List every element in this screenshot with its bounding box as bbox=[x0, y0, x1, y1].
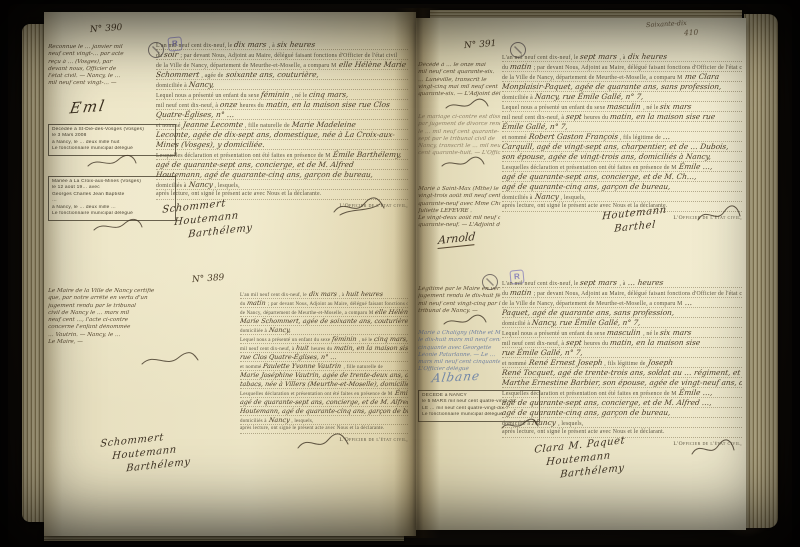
marginal-note-line: par jugement de divorce rendu bbox=[418, 121, 501, 128]
marginal-note-line: Juliette LEFEVRE . bbox=[418, 208, 501, 215]
signatures-391: HoutemannBarthel bbox=[602, 208, 667, 232]
handwritten-entry-text: six mars bbox=[660, 328, 693, 337]
act-line: agé de quarante-sept ans, concierge, et … bbox=[502, 172, 742, 182]
act-line: Lesquelles déclaration et présentation o… bbox=[502, 162, 742, 172]
marginal-note-line: jugement rendu le dix-huit février bbox=[418, 293, 501, 300]
printed-form-text: de Nancy, département de Meurthe-et-Mose… bbox=[240, 310, 373, 317]
printed-form-text: ; par devant Nous, Adjoint au Maire, dél… bbox=[268, 301, 408, 308]
handwritten-entry-text: … bbox=[662, 132, 671, 141]
signatures-389: SchommertHoutemannBarthélemy bbox=[100, 434, 191, 471]
handwritten-entry-text: … heures bbox=[627, 278, 664, 287]
act-line: agé de quarante-cinq ans, garçon de bure… bbox=[502, 182, 742, 192]
printed-form-text: , fils légitime de bbox=[620, 134, 661, 142]
paraph-flourish-icon bbox=[86, 154, 138, 170]
signature: Barthel bbox=[614, 218, 667, 235]
act-line: et nommé René Ernest Joseph , fils légit… bbox=[502, 358, 742, 368]
act-line: Carquill, agé de vingt-sept ans, charpen… bbox=[502, 142, 742, 152]
handwritten-entry-text: Nancy, bbox=[268, 326, 291, 334]
marginal-note-line: Le Maire, — bbox=[48, 339, 233, 346]
printed-form-text: ; par devant Nous, Adjoint au Maire, dél… bbox=[180, 52, 397, 60]
handwritten-entry-text: six heures bbox=[276, 40, 316, 49]
handwritten-entry-text: féminin bbox=[332, 335, 358, 343]
marginal-divorce-mention: Le mariage ci-contre est dissouspar juge… bbox=[418, 114, 500, 158]
marginal-note-line: cinquante avec Georgette bbox=[418, 345, 501, 352]
marginal-mention-signature: Eml bbox=[68, 97, 107, 118]
printed-form-text: de la Ville de Nancy, département de Meu… bbox=[502, 74, 683, 82]
marginal-mention-signature: Arnold bbox=[438, 230, 476, 249]
printed-form-text: , à bbox=[619, 280, 625, 288]
printed-form-text: domiciliés à bbox=[156, 182, 187, 190]
act-line: mil neuf cent dix-neuf, à sept heures du… bbox=[502, 338, 742, 348]
handwritten-entry-text: Carquill, agé de vingt-sept ans, charpen… bbox=[502, 142, 729, 151]
handwritten-entry-text: Nancy, rue Émile Gallé, n° 7, bbox=[531, 318, 641, 327]
marginal-note-line: mil neuf cent vingt-cinq par le bbox=[418, 301, 501, 308]
handwritten-entry-text: Lecomte, agée de dix-sept ans, domestiqu… bbox=[156, 130, 396, 139]
handwritten-entry-text: matin, en la maison sise rue Clos bbox=[265, 100, 390, 109]
printed-form-text: , né le bbox=[359, 337, 372, 344]
handwritten-entry-text: agé de quarante-cinq ans, garçon de bure… bbox=[502, 408, 671, 417]
register-photo: N° 390 R Reconnue le … janvier milneuf c… bbox=[0, 0, 800, 547]
act-lines: L'an mil neuf cent dix-neuf, le dix mars… bbox=[156, 40, 408, 200]
act-line: de la Ville de Nancy, département de Meu… bbox=[502, 298, 742, 308]
printed-form-text: après lecture, ont signé le présent acte… bbox=[502, 428, 665, 437]
printed-form-text: du bbox=[156, 52, 162, 60]
printed-form-text: , agée de bbox=[201, 72, 223, 80]
handwritten-entry-text: six mars bbox=[660, 102, 693, 111]
printed-form-text: Lesquelles déclaration et présentation o… bbox=[156, 152, 331, 160]
printed-form-text: heures du bbox=[311, 346, 332, 353]
printed-form-text: Lequel nous a présenté un enfant du sexe bbox=[240, 337, 330, 344]
handwritten-entry-text: Joseph bbox=[647, 358, 673, 367]
officer-signature-flourish-icon bbox=[294, 432, 350, 454]
handwritten-entry-text: Nancy bbox=[188, 180, 213, 189]
printed-form-text: , fille naturelle de bbox=[245, 122, 290, 130]
handwritten-entry-text: agé de quarante-sept ans, concierge, et … bbox=[240, 398, 408, 406]
handwritten-entry-text: matin, en la maison sise rue bbox=[610, 112, 717, 121]
printed-form-text: , à bbox=[269, 42, 275, 50]
printed-form-text: de la Ville de Nancy, département de Meu… bbox=[156, 62, 337, 70]
act-line: L'an mil neuf cent dix-neuf, le dix mars… bbox=[156, 40, 408, 50]
birth-act-392-text: L'an mil neuf cent dix-neuf, le sept mar… bbox=[502, 278, 742, 447]
handwritten-entry-text: agé de quarante-sept ans, concierge, et … bbox=[502, 398, 712, 407]
act-line: L'an mil neuf cent dix-neuf, le sept mar… bbox=[502, 278, 742, 288]
marginal-note-line: que, par notre arrêté en vertu d'un bbox=[48, 295, 233, 302]
page-stack-right-edge bbox=[744, 14, 778, 528]
handwritten-entry-text: tabacs, née à Villers (Meurthe-et-Mosell… bbox=[240, 380, 408, 388]
handwritten-entry-text: … bbox=[684, 298, 693, 307]
handwritten-entry-text: elle Hélène Marie bbox=[338, 60, 406, 69]
act-line: du matin ; par devant Nous, Adjoint au M… bbox=[240, 299, 408, 308]
printed-form-text: heures du bbox=[584, 340, 608, 348]
act-line: son épouse, agée de vingt-trois ans, dom… bbox=[502, 152, 742, 162]
paraph-flourish-icon bbox=[444, 98, 490, 112]
officer-signature-flourish-icon bbox=[688, 438, 736, 460]
printed-form-text: mil neuf cent dix-neuf, à bbox=[502, 340, 564, 348]
handwritten-entry-text: rue Émile Gallé, n° 7, bbox=[502, 348, 583, 357]
printed-form-text: Lesquelles déclaration et présentation o… bbox=[502, 164, 677, 172]
printed-form-text: et nommé bbox=[502, 360, 527, 368]
handwritten-entry-text: Houtemann, agé de quarante-cinq ans, gar… bbox=[156, 170, 374, 179]
handwritten-entry-text: sept bbox=[566, 112, 583, 121]
printed-form-text: , lesquels, bbox=[291, 418, 313, 425]
marginal-mention-line: mil neuf cent vingt-… — bbox=[48, 80, 155, 87]
act-line: agé de quarante-sept ans, concierge, et … bbox=[240, 398, 408, 407]
act-line: de Nancy, département de Meurthe-et-Mose… bbox=[240, 308, 408, 317]
printed-form-text: , fille naturelle de bbox=[344, 364, 383, 371]
handwritten-entry-text: elle Hélène bbox=[375, 308, 408, 316]
printed-form-text: du bbox=[502, 290, 508, 298]
register-right-page: Soixante-dix 410 N° 391 Décédé à … le on… bbox=[416, 18, 746, 530]
printed-form-text: domicilié à bbox=[502, 320, 530, 328]
printed-form-text: , à bbox=[619, 54, 625, 62]
act-line: Houtemann, agé de quarante-cinq ans, gar… bbox=[156, 170, 408, 180]
handwritten-entry-text: cinq mars, bbox=[309, 90, 350, 99]
handwritten-entry-text: matin bbox=[510, 62, 533, 71]
printed-form-text: Lequel nous a présenté un enfant du sexe bbox=[156, 92, 259, 100]
marginal-certification-note: Le Maire de la Ville de Nancy certifiequ… bbox=[48, 288, 232, 346]
handwritten-entry-text: cinq mars, bbox=[374, 335, 408, 343]
signatures-392: Clara M. PaquetHoutemannBarthélemy bbox=[534, 440, 625, 477]
printed-form-text: , lesquels, bbox=[558, 420, 583, 428]
handwritten-entry-text: me Clara bbox=[684, 72, 719, 81]
printed-form-text: Lequel nous a présenté un enfant du sexe bbox=[502, 104, 605, 112]
act-line: domiciliés à Nancy , lesquels, bbox=[156, 180, 408, 190]
printed-form-text: ; par devant Nous, Adjoint au Maire, dél… bbox=[534, 64, 742, 72]
printed-form-text: , lesquels, bbox=[215, 182, 240, 190]
handwritten-entry-text: masculin bbox=[607, 102, 642, 111]
printed-form-text: heures du bbox=[584, 114, 608, 122]
birth-act-390-text: L'an mil neuf cent dix-neuf, le dix mars… bbox=[156, 40, 408, 209]
act-line: rue Clos Quatre-Églises, n° … bbox=[240, 353, 408, 362]
printed-form-text: et nommé bbox=[502, 134, 527, 142]
printed-form-text: mil neuf cent dix-neuf, à bbox=[502, 114, 564, 122]
register-left-page: N° 390 R Reconnue le … janvier milneuf c… bbox=[44, 12, 416, 536]
handwritten-entry-text: sept mars bbox=[580, 278, 618, 287]
paraph-flourish-icon bbox=[440, 156, 486, 170]
marginal-note-line: le dix-huit mars mil neuf cent bbox=[418, 337, 501, 344]
act-lines: L'an mil neuf cent dix-neuf, le sept mar… bbox=[502, 52, 742, 212]
printed-form-text: , né le bbox=[643, 330, 658, 338]
handwritten-entry-text: Monplaisir-Paquet, agée de quarante ans,… bbox=[502, 82, 722, 91]
handwritten-entry-text: Marie Madeleine bbox=[291, 120, 356, 129]
act-line: Paquet, agé de quarante ans, sans profes… bbox=[502, 308, 742, 318]
handwritten-entry-text: huit bbox=[296, 344, 310, 352]
printed-form-text: et nommé bbox=[240, 364, 261, 371]
act-line: rue Émile Gallé, n° 7, bbox=[502, 348, 742, 358]
marginal-note-line: sept par le tribunal civil de bbox=[418, 136, 501, 143]
handwritten-entry-text: matin bbox=[247, 299, 267, 307]
printed-form-text: domiciliée à bbox=[156, 82, 187, 90]
handwritten-entry-text: dix mars bbox=[234, 40, 268, 49]
act-line: Monplaisir-Paquet, agée de quarante ans,… bbox=[502, 82, 742, 92]
act-line: Lequel nous a présenté un enfant du sexe… bbox=[240, 335, 408, 344]
handwritten-entry-text: Émile …, bbox=[678, 162, 713, 171]
paraph-flourish-icon bbox=[92, 218, 144, 234]
handwritten-entry-text: huit heures bbox=[346, 290, 384, 298]
act-line: tabacs, née à Villers (Meurthe-et-Mosell… bbox=[240, 380, 408, 389]
handwritten-entry-text: Nancy, bbox=[188, 80, 215, 89]
handwritten-entry-text: onze bbox=[220, 100, 239, 109]
handwritten-entry-text: René Ernest Joseph bbox=[528, 358, 603, 367]
printed-form-text: ; par devant Nous, Adjoint au Maire, dél… bbox=[534, 290, 742, 298]
marginal-note-line: vingt-cinq mai mil neuf cent bbox=[418, 84, 501, 91]
act-line: domiciliée à Nancy, rue Émile Gallé, n° … bbox=[502, 92, 742, 102]
printed-form-text: Lequel nous a présenté un enfant du sexe bbox=[502, 330, 605, 338]
printed-form-text: domicilié à bbox=[502, 420, 530, 428]
printed-form-text: et nommé bbox=[156, 122, 181, 130]
act-line: Marthe Ernestine Barbier, son épouse, ag… bbox=[502, 378, 742, 388]
act-line: Houtemann, agé de quarante-cinq ans, gar… bbox=[240, 407, 408, 416]
handwritten-entry-text: agé de quarante-sept ans, concierge, et … bbox=[502, 172, 697, 181]
printed-form-text: L'an mil neuf cent dix-neuf, le bbox=[156, 42, 232, 50]
handwritten-entry-text: son épouse, agée de vingt-trois ans, dom… bbox=[502, 152, 712, 161]
paraph-flourish-icon bbox=[140, 350, 200, 370]
act-line: domiciliés à Nancy , lesquels, bbox=[502, 192, 742, 202]
printed-form-text: domiciliés à bbox=[240, 418, 267, 425]
marginal-note-line: mil neuf cent quarante-six. bbox=[418, 69, 501, 76]
handwritten-entry-text: Schommert bbox=[156, 70, 200, 79]
printed-form-text: heures du bbox=[240, 102, 264, 110]
act-line: Quatre-Églises, n° … bbox=[156, 110, 408, 120]
handwritten-entry-text: Marie Joséphine Vautrin, agée de trente-… bbox=[240, 371, 408, 379]
act-line: du matin ; par devant Nous, Adjoint au M… bbox=[502, 62, 742, 72]
marginal-mention-line: devant nous, Officier de bbox=[48, 66, 155, 73]
act-line: Émile Gallé, n° 7, bbox=[502, 122, 742, 132]
printed-form-text: du bbox=[502, 64, 508, 72]
marginal-note-line: quarante-neuf avec Mme Christiane bbox=[418, 201, 501, 208]
printed-form-text: L'an mil neuf cent dix-neuf, le bbox=[502, 54, 578, 62]
handwritten-entry-text: soixante ans, couturière, bbox=[225, 70, 319, 79]
officer-signature-flourish-icon bbox=[330, 196, 386, 218]
handwritten-entry-text: féminin bbox=[261, 90, 291, 99]
handwritten-entry-text: matin bbox=[510, 288, 533, 297]
act-line: domiciliée à Nancy, bbox=[156, 80, 408, 90]
act-line: Lequel nous a présenté un enfant du sexe… bbox=[502, 102, 742, 112]
act-number-391: N° 391 bbox=[464, 39, 497, 51]
act-line: Mines (Vosges), y domiciliée. bbox=[156, 140, 408, 150]
act-line: Lesquelles déclaration et présentation o… bbox=[156, 150, 408, 160]
birth-act-391-text: L'an mil neuf cent dix-neuf, le sept mar… bbox=[502, 52, 742, 221]
printed-form-text: domiciliée à bbox=[240, 328, 267, 335]
marginal-mention-line: neuf cent vingt-… par acte bbox=[48, 51, 155, 58]
handwritten-entry-text: Mines (Vosges), y domiciliée. bbox=[156, 140, 266, 149]
act-line: de la Ville de Nancy, département de Meu… bbox=[156, 60, 408, 70]
printed-form-text: , lesquels, bbox=[561, 194, 586, 202]
act-line: René Tocquet, agé de trente-trois ans, s… bbox=[502, 368, 742, 378]
printed-form-text: mil neuf cent dix-neuf, à bbox=[156, 102, 218, 110]
folio-number: 410 bbox=[684, 28, 699, 38]
act-lines: L'an mil neuf cent dix-neuf, le dix mars… bbox=[240, 290, 408, 434]
act-line: et nommé Paulette Yvonne Vautrin , fille… bbox=[240, 362, 408, 371]
act-line: Lesquelles déclaration et présentation o… bbox=[240, 389, 408, 398]
act-number-389: N° 389 bbox=[192, 273, 225, 285]
handwritten-entry-text: Paquet, agé de quarante ans, sans profes… bbox=[502, 308, 675, 317]
handwritten-entry-text: sept mars bbox=[580, 52, 618, 61]
marginal-note-line: jugement rendu par le tribunal bbox=[48, 303, 233, 310]
handwritten-entry-text: Houtemann, agé de quarante-cinq ans, gar… bbox=[240, 407, 408, 415]
printed-form-text: , né le bbox=[292, 92, 307, 100]
act-line: Lecomte, agée de dix-sept ans, domestiqu… bbox=[156, 130, 408, 140]
paraph-flourish-icon bbox=[442, 314, 488, 328]
act-line: domicilié à Nancy, rue Émile Gallé, n° 7… bbox=[502, 318, 742, 328]
handwritten-entry-text: Paulette Yvonne Vautrin bbox=[263, 362, 342, 370]
act-line: agé de quarante-sept ans, concierge, et … bbox=[502, 398, 742, 408]
act-line: Marie Schommert, agée de soixante ans, c… bbox=[240, 317, 408, 326]
act-line: de la Ville de Nancy, département de Meu… bbox=[502, 72, 742, 82]
printed-form-text: Lesquelles déclaration et présentation o… bbox=[502, 390, 677, 398]
handwritten-entry-text: rue Clos Quatre-Églises, n° … bbox=[240, 353, 337, 361]
act-line: L'an mil neuf cent dix-neuf, le sept mar… bbox=[502, 52, 742, 62]
handwritten-entry-text: soir bbox=[164, 50, 179, 59]
handwritten-entry-text: dix mars bbox=[308, 290, 337, 298]
act-line: du matin ; par devant Nous, Adjoint au M… bbox=[502, 288, 742, 298]
act-line: agé de quarante-cinq ans, garçon de bure… bbox=[502, 408, 742, 418]
marginal-marriage-mention-blue: Marié à Chaligny (Mthe et Mlle)le dix-hu… bbox=[418, 330, 500, 374]
handwritten-entry-text: Émile …, bbox=[678, 388, 713, 397]
act-line: agé de quarante-sept ans, concierge, et … bbox=[156, 160, 408, 170]
act-line: Lequel nous a présenté un enfant du sexe… bbox=[502, 328, 742, 338]
handwritten-entry-text: sept bbox=[566, 338, 583, 347]
act-line: mil neuf cent dix-neuf, à sept heures du… bbox=[502, 112, 742, 122]
act-line: domiciliés à Nancy , lesquels, bbox=[240, 416, 408, 425]
handwritten-entry-text: Robert Gaston François bbox=[528, 132, 618, 141]
act-line: et nommé Robert Gaston François , fils l… bbox=[502, 132, 742, 142]
stamp-line: Le fonctionnaire municipal délégué bbox=[52, 211, 172, 217]
handwritten-entry-text: Émile Barthélemy, bbox=[394, 389, 408, 397]
marginal-note-line: concerne l'enfant dénommée bbox=[48, 324, 233, 331]
printed-form-text: domiciliée à bbox=[502, 94, 533, 102]
marginal-note-line: le … mil neuf cent quarante- bbox=[418, 129, 501, 136]
handwritten-entry-text: Nancy bbox=[531, 418, 556, 427]
act-number-390: N° 390 bbox=[90, 23, 123, 35]
act-lines: L'an mil neuf cent dix-neuf, le sept mar… bbox=[502, 278, 742, 438]
stamp-line: Le fonctionnaire municipal délégué bbox=[52, 146, 172, 152]
act-line: domiciliée à Nancy, bbox=[240, 326, 408, 335]
handwritten-entry-text: Marie Schommert, agée de soixante ans, c… bbox=[240, 317, 408, 325]
marginal-marriage-mention: Marié à Saint-Max (Mthe) levingt-trois a… bbox=[418, 186, 500, 230]
marginal-note-line: … Vautrin. — Nancy, le … bbox=[48, 332, 233, 339]
handwritten-entry-text: Nancy bbox=[268, 416, 290, 424]
marginal-note-line: civil de Nancy le … mars mil bbox=[48, 310, 233, 317]
printed-form-text: de la Ville de Nancy, département de Meu… bbox=[502, 300, 683, 308]
printed-form-text: L'an mil neuf cent dix-neuf, le bbox=[502, 280, 578, 288]
printed-form-text: du bbox=[240, 301, 245, 308]
handwritten-entry-text: masculin bbox=[607, 328, 642, 337]
handwritten-entry-text: Nancy, rue Émile Gallé, n° 7, bbox=[534, 92, 644, 101]
printed-form-text: mil neuf cent dix-neuf, à bbox=[240, 346, 294, 353]
marginal-note-line: … Lunéville, transcrit le bbox=[418, 77, 501, 84]
marginal-mention-line: reçu à … (Vosges), par bbox=[48, 59, 155, 66]
marginal-mention-recognition: Reconnue le … janvier milneuf cent vingt… bbox=[48, 44, 154, 88]
handwritten-entry-text: Marthe Ernestine Barbier, son épouse, ag… bbox=[502, 378, 742, 387]
printed-form-text: L'an mil neuf cent dix-neuf, le bbox=[240, 292, 307, 299]
act-line: mil neuf cent dix-neuf, à onze heures du… bbox=[156, 100, 408, 110]
act-line: du soir ; par devant Nous, Adjoint au Ma… bbox=[156, 50, 408, 60]
handwritten-entry-text: Émile Barthélemy, bbox=[332, 150, 402, 159]
handwritten-entry-text: Jeanne Lecomte bbox=[182, 120, 243, 129]
act-line: Lequel nous a présenté un enfant du sexe… bbox=[156, 90, 408, 100]
printed-form-text: , fils légitime de bbox=[604, 360, 645, 368]
act-line: mil neuf cent dix-neuf, à huit heures du… bbox=[240, 344, 408, 353]
printed-form-text: , né le bbox=[643, 104, 658, 112]
handwritten-entry-text: matin, en la maison sise bbox=[610, 338, 702, 347]
signatures-390: SchommertHoutemannBarthélemy bbox=[162, 200, 253, 237]
marginal-note-line: quarante-neuf. — L'Adjoint délégué bbox=[418, 222, 501, 229]
handwritten-entry-text: Nancy bbox=[534, 192, 559, 201]
printed-form-text: domiciliés à bbox=[502, 194, 533, 202]
handwritten-entry-text: matin, en la maison sise bbox=[334, 344, 408, 352]
marginal-note-line: vingt-trois août mil neuf cent bbox=[418, 193, 501, 200]
handwritten-entry-text: Émile Gallé, n° 7, bbox=[502, 122, 568, 131]
act-line: et nommé Jeanne Lecomte , fille naturell… bbox=[156, 120, 408, 130]
act-line: Schommert , agée de soixante ans, coutur… bbox=[156, 70, 408, 80]
handwritten-entry-text: agé de quarante-cinq ans, garçon de bure… bbox=[502, 182, 671, 191]
act-line: Marie Joséphine Vautrin, agée de trente-… bbox=[240, 371, 408, 380]
act-line: Lesquelles déclaration et présentation o… bbox=[502, 388, 742, 398]
act-line: L'an mil neuf cent dix-neuf, le dix mars… bbox=[240, 290, 408, 299]
marginal-death-mention: Décédé à … le onze maimil neuf cent quar… bbox=[418, 62, 500, 98]
marginal-note-line: Léonie Paturlanne. — Le … bbox=[418, 352, 501, 359]
folio-amount-script: Soixante-dix bbox=[646, 19, 687, 29]
handwritten-entry-text: agé de quarante-sept ans, concierge, et … bbox=[156, 160, 354, 169]
handwritten-entry-text: René Tocquet, agé de trente-trois ans, s… bbox=[502, 368, 742, 377]
marginal-legitimation-mention: Légitimé par le Maire en vertu d'unjugem… bbox=[418, 286, 500, 315]
act-line: domicilié à Nancy , lesquels, bbox=[502, 418, 742, 428]
marginal-mention-signature-blue: Albane bbox=[431, 369, 481, 386]
handwritten-entry-text: dix heures bbox=[627, 52, 667, 61]
printed-form-text: , à bbox=[339, 292, 344, 299]
officer-signature-flourish-icon bbox=[694, 204, 742, 226]
birth-act-389-text: L'an mil neuf cent dix-neuf, le dix mars… bbox=[240, 290, 408, 443]
handwritten-entry-text: Quatre-Églises, n° … bbox=[156, 110, 235, 119]
printed-form-text: Lesquelles déclaration et présentation o… bbox=[240, 391, 393, 398]
